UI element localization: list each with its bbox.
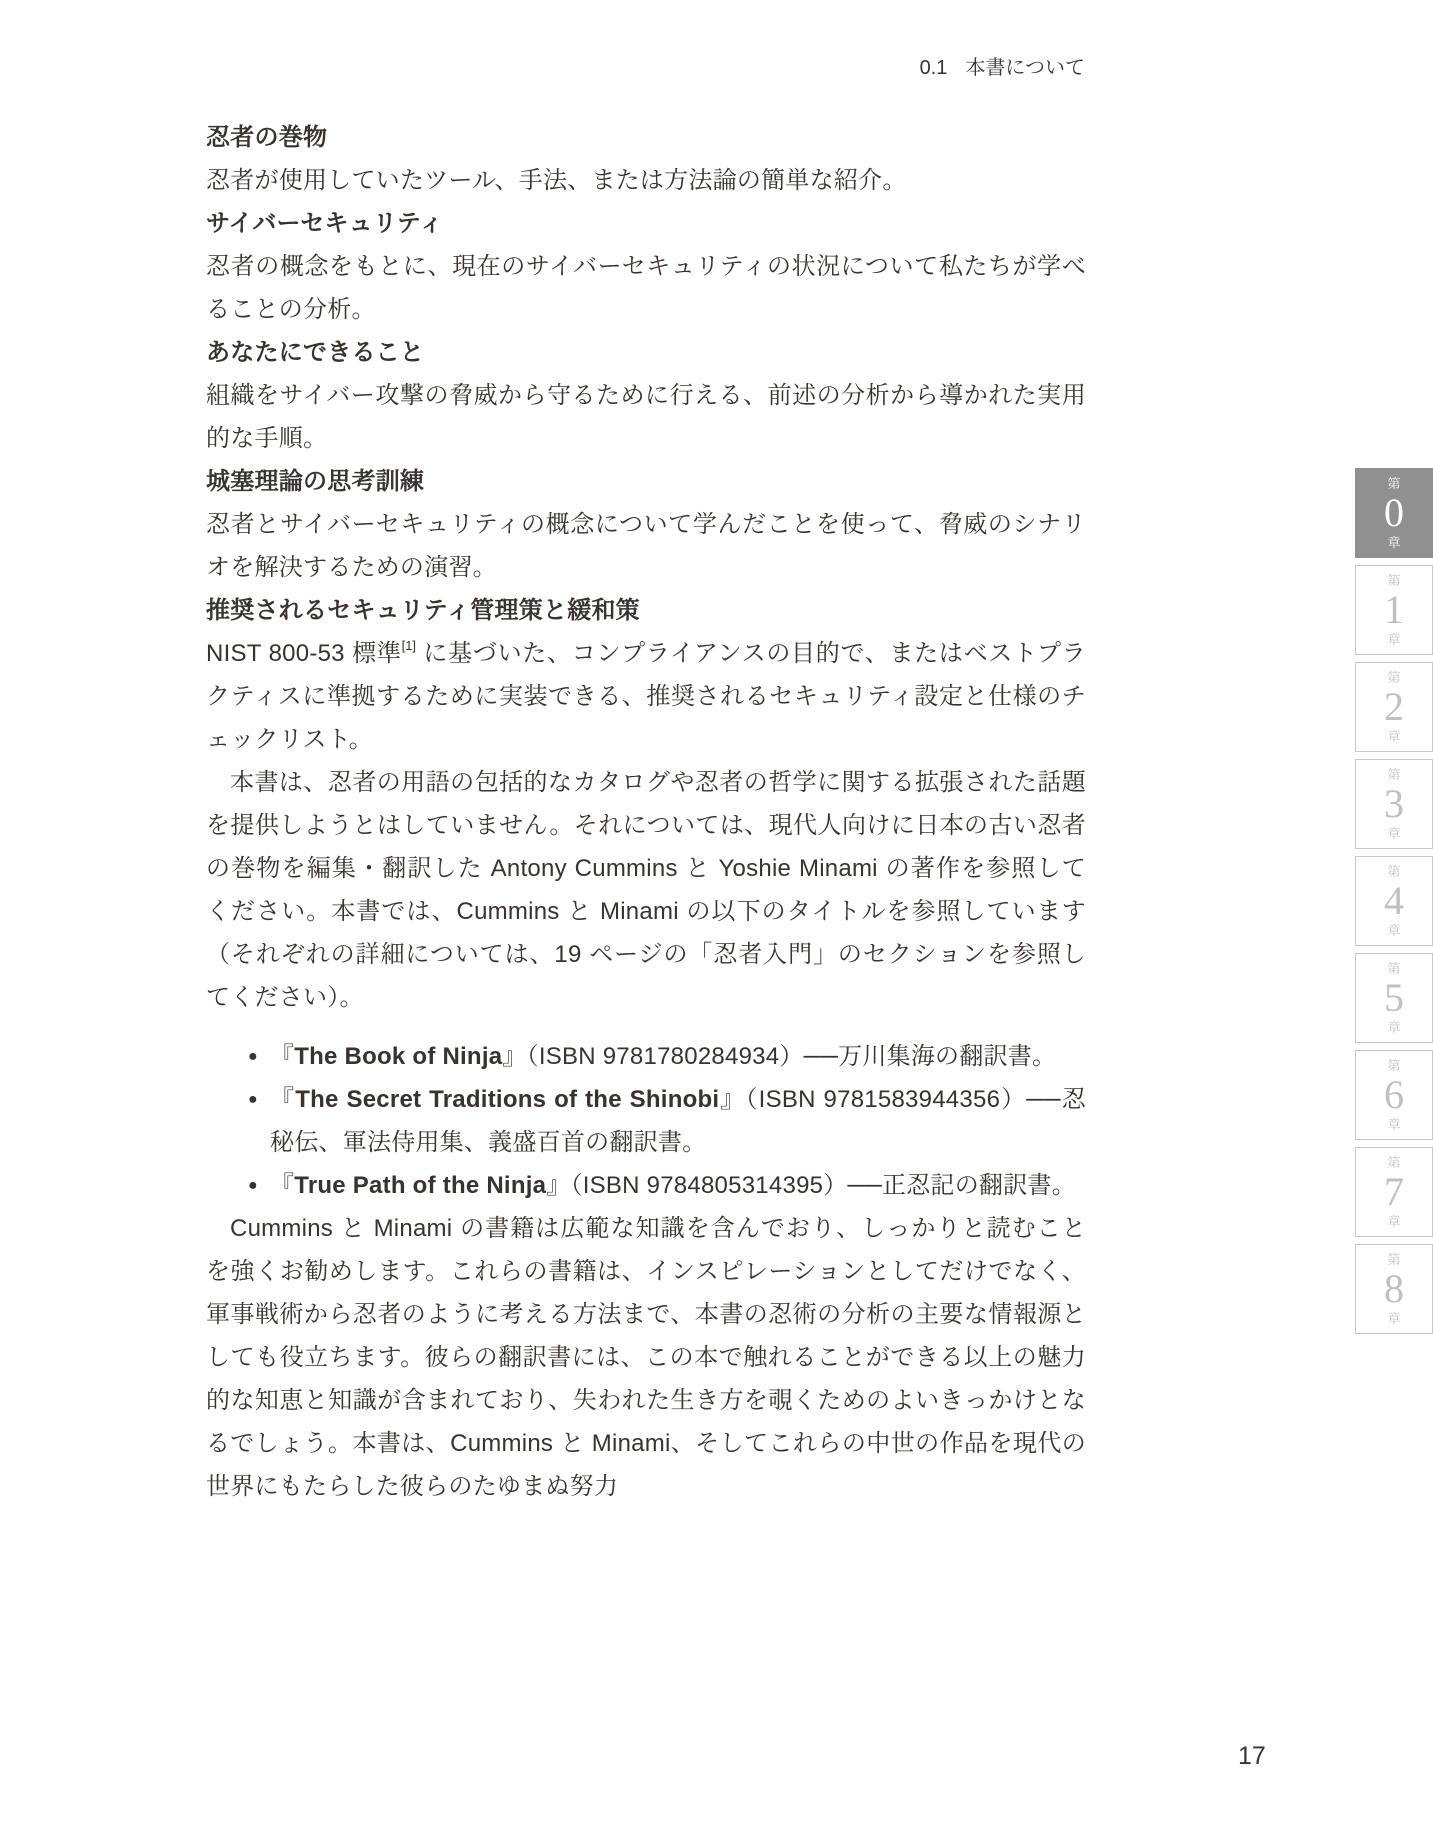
definition-term: 推奨されるセキュリティ管理策と緩和策 — [206, 589, 1086, 632]
book-title: The Book of Ninja — [294, 1043, 502, 1070]
book-detail: （ISBN 9781780284934）──万川集海の翻訳書。 — [527, 1043, 1057, 1070]
tab-prefix: 第 — [1387, 573, 1400, 588]
intro-paragraph: 本書は、忍者の用語の包括的なカタログや忍者の哲学に関する拡張された話題を提供しよ… — [206, 761, 1086, 1019]
chapter-tab-4: 第 4 章 — [1355, 856, 1433, 946]
tab-prefix: 第 — [1387, 476, 1400, 491]
definition-section: サイバーセキュリティ 忍者の概念をもとに、現在のサイバーセキュリティの状況につい… — [206, 202, 1086, 331]
running-header: 0.1 本書について — [920, 56, 1085, 80]
definition-section: 城塞理論の思考訓練 忍者とサイバーセキュリティの概念について学んだことを使って、… — [206, 460, 1086, 589]
chapter-tab-2: 第 2 章 — [1355, 662, 1433, 752]
book-title: True Path of the Ninja — [294, 1172, 546, 1199]
bracket-close: 』 — [719, 1086, 745, 1113]
nist-text-before: NIST 800-53 標準 — [206, 640, 402, 667]
tab-suffix: 章 — [1387, 826, 1400, 841]
footnote-reference: [1] — [402, 638, 416, 653]
tab-number: 5 — [1384, 976, 1404, 1020]
page-number: 17 — [1238, 1741, 1282, 1771]
definition-description: 忍者とサイバーセキュリティの概念について学んだことを使って、脅威のシナリオを解決… — [206, 503, 1086, 589]
definition-term: あなたにできること — [206, 331, 1086, 374]
definition-section: あなたにできること 組織をサイバー攻撃の脅威から守るために行える、前述の分析から… — [206, 331, 1086, 460]
chapter-tab-1: 第 1 章 — [1355, 565, 1433, 655]
bracket-open: 『 — [270, 1086, 295, 1113]
book-title: The Secret Traditions of the Shinobi — [295, 1086, 719, 1113]
tab-number: 8 — [1384, 1267, 1404, 1311]
tab-prefix: 第 — [1387, 670, 1400, 685]
tab-prefix: 第 — [1387, 1252, 1400, 1267]
tab-suffix: 章 — [1387, 1311, 1400, 1326]
tab-number: 3 — [1384, 782, 1404, 826]
page-content: 忍者の巻物 忍者が使用していたツール、手法、または方法論の簡単な紹介。 サイバー… — [206, 116, 1086, 1508]
definition-section: 忍者の巻物 忍者が使用していたツール、手法、または方法論の簡単な紹介。 — [206, 116, 1086, 202]
tab-number: 2 — [1384, 685, 1404, 729]
bullet-icon: ● — [248, 1078, 258, 1121]
bracket-open: 『 — [270, 1043, 294, 1070]
section-number: 0.1 — [920, 56, 948, 80]
chapter-tab-3: 第 3 章 — [1355, 759, 1433, 849]
list-item: ●『True Path of the Ninja』（ISBN 978480531… — [206, 1164, 1086, 1207]
definition-description: NIST 800-53 標準[1] に基づいた、コンプライアンスの目的で、または… — [206, 632, 1086, 761]
chapter-tab-7: 第 7 章 — [1355, 1147, 1433, 1237]
bracket-close: 』 — [546, 1172, 570, 1199]
tab-prefix: 第 — [1387, 1058, 1400, 1073]
tab-suffix: 章 — [1387, 729, 1400, 744]
bullet-icon: ● — [248, 1035, 258, 1078]
definition-description: 忍者の概念をもとに、現在のサイバーセキュリティの状況について私たちが学べることの… — [206, 245, 1086, 331]
chapter-tab-5: 第 5 章 — [1355, 953, 1433, 1043]
chapter-tab-0: 第 0 章 — [1355, 468, 1433, 558]
tab-prefix: 第 — [1387, 961, 1400, 976]
definition-description: 組織をサイバー攻撃の脅威から守るために行える、前述の分析から導かれた実用的な手順… — [206, 374, 1086, 460]
definition-description: 忍者が使用していたツール、手法、または方法論の簡単な紹介。 — [206, 159, 1086, 202]
bracket-close: 』 — [502, 1043, 526, 1070]
chapter-tab-rail: 第 0 章 第 1 章 第 2 章 第 3 章 第 4 章 第 5 章 — [1355, 468, 1433, 1341]
tab-suffix: 章 — [1387, 1117, 1400, 1132]
book-page: 0.1 本書について 忍者の巻物 忍者が使用していたツール、手法、または方法論の… — [0, 0, 1433, 1843]
tab-suffix: 章 — [1387, 632, 1400, 647]
tab-number: 7 — [1384, 1170, 1404, 1214]
tab-number: 4 — [1384, 879, 1404, 923]
book-list: ●『The Book of Ninja』（ISBN 9781780284934）… — [206, 1035, 1086, 1207]
tab-number: 1 — [1384, 588, 1404, 632]
section-title: 本書について — [965, 56, 1085, 80]
tab-prefix: 第 — [1387, 767, 1400, 782]
tab-prefix: 第 — [1387, 1155, 1400, 1170]
definition-term: 城塞理論の思考訓練 — [206, 460, 1086, 503]
bracket-open: 『 — [270, 1172, 294, 1199]
list-item: ●『The Book of Ninja』（ISBN 9781780284934）… — [206, 1035, 1086, 1078]
tab-number: 0 — [1384, 491, 1404, 535]
chapter-tab-6: 第 6 章 — [1355, 1050, 1433, 1140]
list-item: ●『The Secret Traditions of the Shinobi』（… — [206, 1078, 1086, 1164]
tab-suffix: 章 — [1387, 1214, 1400, 1229]
definition-term: サイバーセキュリティ — [206, 202, 1086, 245]
tab-suffix: 章 — [1387, 923, 1400, 938]
book-detail: （ISBN 9784805314395）──正忍記の翻訳書。 — [570, 1172, 1075, 1199]
closing-paragraph: Cummins と Minami の書籍は広範な知識を含んでおり、しっかりと読む… — [206, 1207, 1086, 1508]
bullet-icon: ● — [248, 1164, 258, 1207]
definition-term: 忍者の巻物 — [206, 116, 1086, 159]
definition-section: 推奨されるセキュリティ管理策と緩和策 NIST 800-53 標準[1] に基づ… — [206, 589, 1086, 761]
chapter-tab-8: 第 8 章 — [1355, 1244, 1433, 1334]
tab-suffix: 章 — [1387, 1020, 1400, 1035]
tab-prefix: 第 — [1387, 864, 1400, 879]
tab-suffix: 章 — [1387, 535, 1400, 550]
tab-number: 6 — [1384, 1073, 1404, 1117]
